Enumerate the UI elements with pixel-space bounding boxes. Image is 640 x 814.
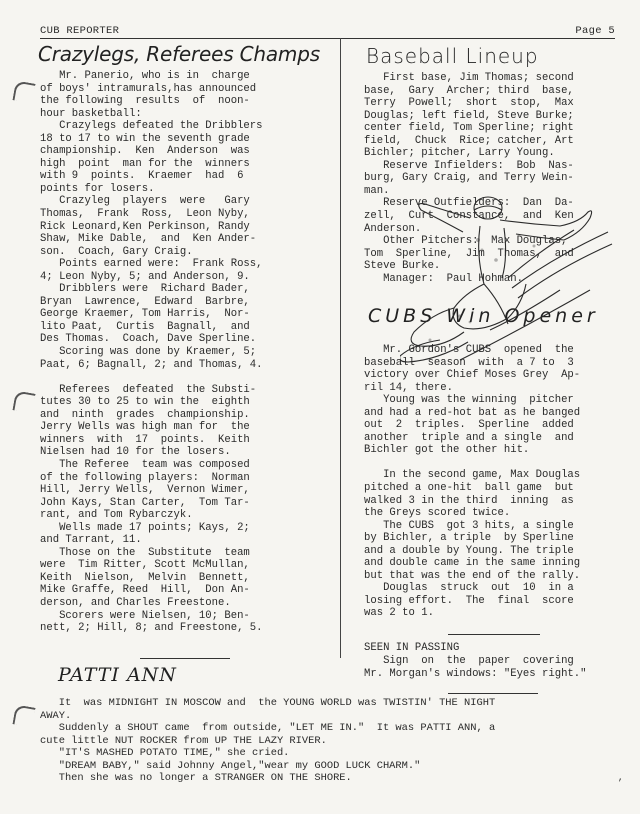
text-line: Thomas, Frank Ross, Leon Nyby, [40, 208, 332, 221]
text-line: It was MIDNIGHT IN MOSCOW and the YOUNG … [40, 697, 495, 710]
text-line: 18 to 17 to win the seventh grade [40, 133, 332, 146]
text-line: losing effort. The final score [364, 595, 626, 608]
text-line: Referees defeated the Substi- [40, 384, 332, 397]
text-line: and double came in the same inning [364, 557, 626, 570]
headline-crazylegs: Crazylegs, Referees Champs [38, 42, 320, 66]
publication-name: CUB REPORTER [40, 25, 119, 37]
text-line: First base, Jim Thomas; second [364, 72, 626, 85]
section-rule [448, 693, 538, 694]
text-line: and ninth grades championship. [40, 409, 332, 422]
text-line: were Tim Ritter, Scott McMullan, [40, 559, 332, 572]
text-line: of boys' intramurals,has announced [40, 83, 332, 96]
text-line: Points earned were: Frank Ross, [40, 258, 332, 271]
text-line: Wells made 17 points; Kays, 2; [40, 522, 332, 535]
text-line: winners with 17 points. Keith [40, 434, 332, 447]
text-line: AWAY. [40, 710, 495, 723]
text-line: pitched a one-hit ball game but [364, 482, 626, 495]
text-line: Mr. Gordon's CUBS opened the [364, 344, 626, 357]
text-line: the Greys scored twice. [364, 507, 626, 520]
text-line: the following results of noon- [40, 95, 332, 108]
text-line: baseball season with a 7 to 3 [364, 357, 626, 370]
text-line: Scoring was done by Kraemer, 5; [40, 346, 332, 359]
punch-hole-mark [12, 390, 35, 413]
text-line: but that was the end of the rally. [364, 570, 626, 583]
text-line: center field, Tom Sperline; right [364, 122, 626, 135]
text-line: field, Chuck Rice; catcher, Art [364, 135, 626, 148]
text-line: hour basketball: [40, 108, 332, 121]
text-line: zell, Curt Constance, and Ken [364, 210, 626, 223]
text-line: In the second game, Max Douglas [364, 469, 626, 482]
text-line: with 9 points. Kraemer had 6 [40, 170, 332, 183]
headline-patti-ann: PATTI ANN [58, 664, 177, 686]
text-line: Steve Burke. [364, 260, 626, 273]
text-line: championship. Ken Anderson was [40, 145, 332, 158]
punch-hole-mark [12, 80, 35, 103]
text-line: man. [364, 185, 626, 198]
text-line: Those on the Substitute team [40, 547, 332, 560]
article-patti-ann: It was MIDNIGHT IN MOSCOW and the YOUNG … [40, 697, 495, 785]
text-line: ril 14, there. [364, 382, 626, 395]
headline-baseball-lineup: Baseball Lineup [366, 44, 539, 68]
text-line: Bichler got the other hit. [364, 444, 626, 457]
text-line: rant, and Tom Rybarczyk. [40, 509, 332, 522]
text-line: Bryan Lawrence, Edward Barbre, [40, 296, 332, 309]
text-line: Crazylegs defeated the Dribblers [40, 120, 332, 133]
text-line: The Referee team was composed [40, 459, 332, 472]
section-rule [448, 634, 540, 635]
text-line [364, 457, 626, 470]
text-line: "DREAM BABY," said Johnny Angel,"wear my… [40, 760, 495, 773]
text-line: nett, 2; Hill, 8; and Freestone, 5. [40, 622, 332, 635]
text-line: victory over Chief Moses Grey Ap- [364, 369, 626, 382]
text-line: was 2 to 1. [364, 607, 626, 620]
text-line: Douglas struck out 10 in a [364, 582, 626, 595]
text-line: of the following players: Norman [40, 472, 332, 485]
text-line: Hill, Jerry Wells, Vernon Wimer, [40, 484, 332, 497]
text-line: tutes 30 to 25 to win the eighth [40, 396, 332, 409]
article-lineup: First base, Jim Thomas; secondbase, Gary… [364, 72, 626, 285]
text-line: derson, and Charles Freestone. [40, 597, 332, 610]
text-line: Young was the winning pitcher [364, 394, 626, 407]
article-seen-in-passing: Sign on the paper coveringMr. Morgan's w… [364, 655, 587, 680]
section-rule [140, 658, 230, 659]
text-line: burg, Gary Craig, and Terry Wein- [364, 172, 626, 185]
text-line: Jerry Wells was high man for the [40, 421, 332, 434]
text-line: high point man for the winners [40, 158, 332, 171]
text-line: 4; Leon Nyby, 5; and Anderson, 9. [40, 271, 332, 284]
text-line: Nielsen had 10 for the losers. [40, 446, 332, 459]
text-line: Keith Nielson, Melvin Bennett, [40, 572, 332, 585]
text-line: Suddenly a SHOUT came from outside, "LET… [40, 722, 495, 735]
text-line: and had a red-hot bat as he banged [364, 407, 626, 420]
text-line: Des Thomas. Coach, Dave Sperline. [40, 333, 332, 346]
text-line: Dribblers were Richard Bader, [40, 283, 332, 296]
text-line: son. Coach, Gary Craig. [40, 246, 332, 259]
stray-mark: , [618, 773, 623, 783]
headline-cubs-win-opener: CUBS Win Opener [368, 305, 599, 327]
page-number: Page 5 [575, 25, 615, 37]
text-line: base, Gary Archer; third base, [364, 85, 626, 98]
text-line: Shaw, Mike Dable, and Ken Ander- [40, 233, 332, 246]
text-line: walked 3 in the third inning as [364, 495, 626, 508]
text-line: Crazyleg players were Gary [40, 195, 332, 208]
text-line: by Bichler, a triple by Sperline [364, 532, 626, 545]
text-line: cute little NUT ROCKER from UP THE LAZY … [40, 735, 495, 748]
page-header: CUB REPORTER Page 5 [40, 24, 615, 39]
text-line: Reserve Outfielders: Dan Da- [364, 197, 626, 210]
text-line: John Kays, Stan Carter, Tom Tar- [40, 497, 332, 510]
text-line: Paat, 6; Bagnall, 2; and Thomas, 4. [40, 359, 332, 372]
text-line: Other Pitchers: Max Douglas, [364, 235, 626, 248]
text-line: out 2 triples. Sperline added [364, 419, 626, 432]
text-line: Reserve Infielders: Bob Nas- [364, 160, 626, 173]
text-line: Terry Powell; short stop, Max [364, 97, 626, 110]
text-line: Mr. Morgan's windows: "Eyes right." [364, 668, 587, 681]
text-line: George Kraemer, Tom Harris, Nor- [40, 308, 332, 321]
text-line: Sign on the paper covering [364, 655, 587, 668]
text-line [40, 371, 332, 384]
text-line: Mr. Panerio, who is in charge [40, 70, 332, 83]
text-line: Then she was no longer a STRANGER ON THE… [40, 772, 495, 785]
column-divider [340, 38, 341, 658]
text-line: "IT'S MASHED POTATO TIME," she cried. [40, 747, 495, 760]
text-line: The CUBS got 3 hits, a single [364, 520, 626, 533]
text-line: Bichler; pitcher, Larry Young. [364, 147, 626, 160]
text-line: Tom Sperline, Jim Thomas, and [364, 248, 626, 261]
text-line: another triple and a single and [364, 432, 626, 445]
text-line: and Tarrant, 11. [40, 534, 332, 547]
article-cubs: Mr. Gordon's CUBS opened thebaseball sea… [364, 344, 626, 620]
seen-in-passing-title: SEEN IN PASSING [364, 642, 459, 655]
punch-hole-mark [12, 704, 35, 727]
text-line: and a double by Young. The triple [364, 545, 626, 558]
newsletter-page: CUB REPORTER Page 5 Crazylegs, Referees … [0, 0, 640, 814]
text-line: points for losers. [40, 183, 332, 196]
text-line: Rick Leonard,Ken Perkinson, Randy [40, 221, 332, 234]
text-line: Douglas; left field, Steve Burke; [364, 110, 626, 123]
text-line: lito Paat, Curtis Bagnall, and [40, 321, 332, 334]
article-crazylegs: Mr. Panerio, who is in chargeof boys' in… [40, 70, 332, 635]
text-line: Manager: Paul Hohman. [364, 273, 626, 286]
text-line: Anderson. [364, 223, 626, 236]
text-line: Scorers were Nielsen, 10; Ben- [40, 610, 332, 623]
text-line: Mike Graffe, Reed Hill, Don An- [40, 584, 332, 597]
